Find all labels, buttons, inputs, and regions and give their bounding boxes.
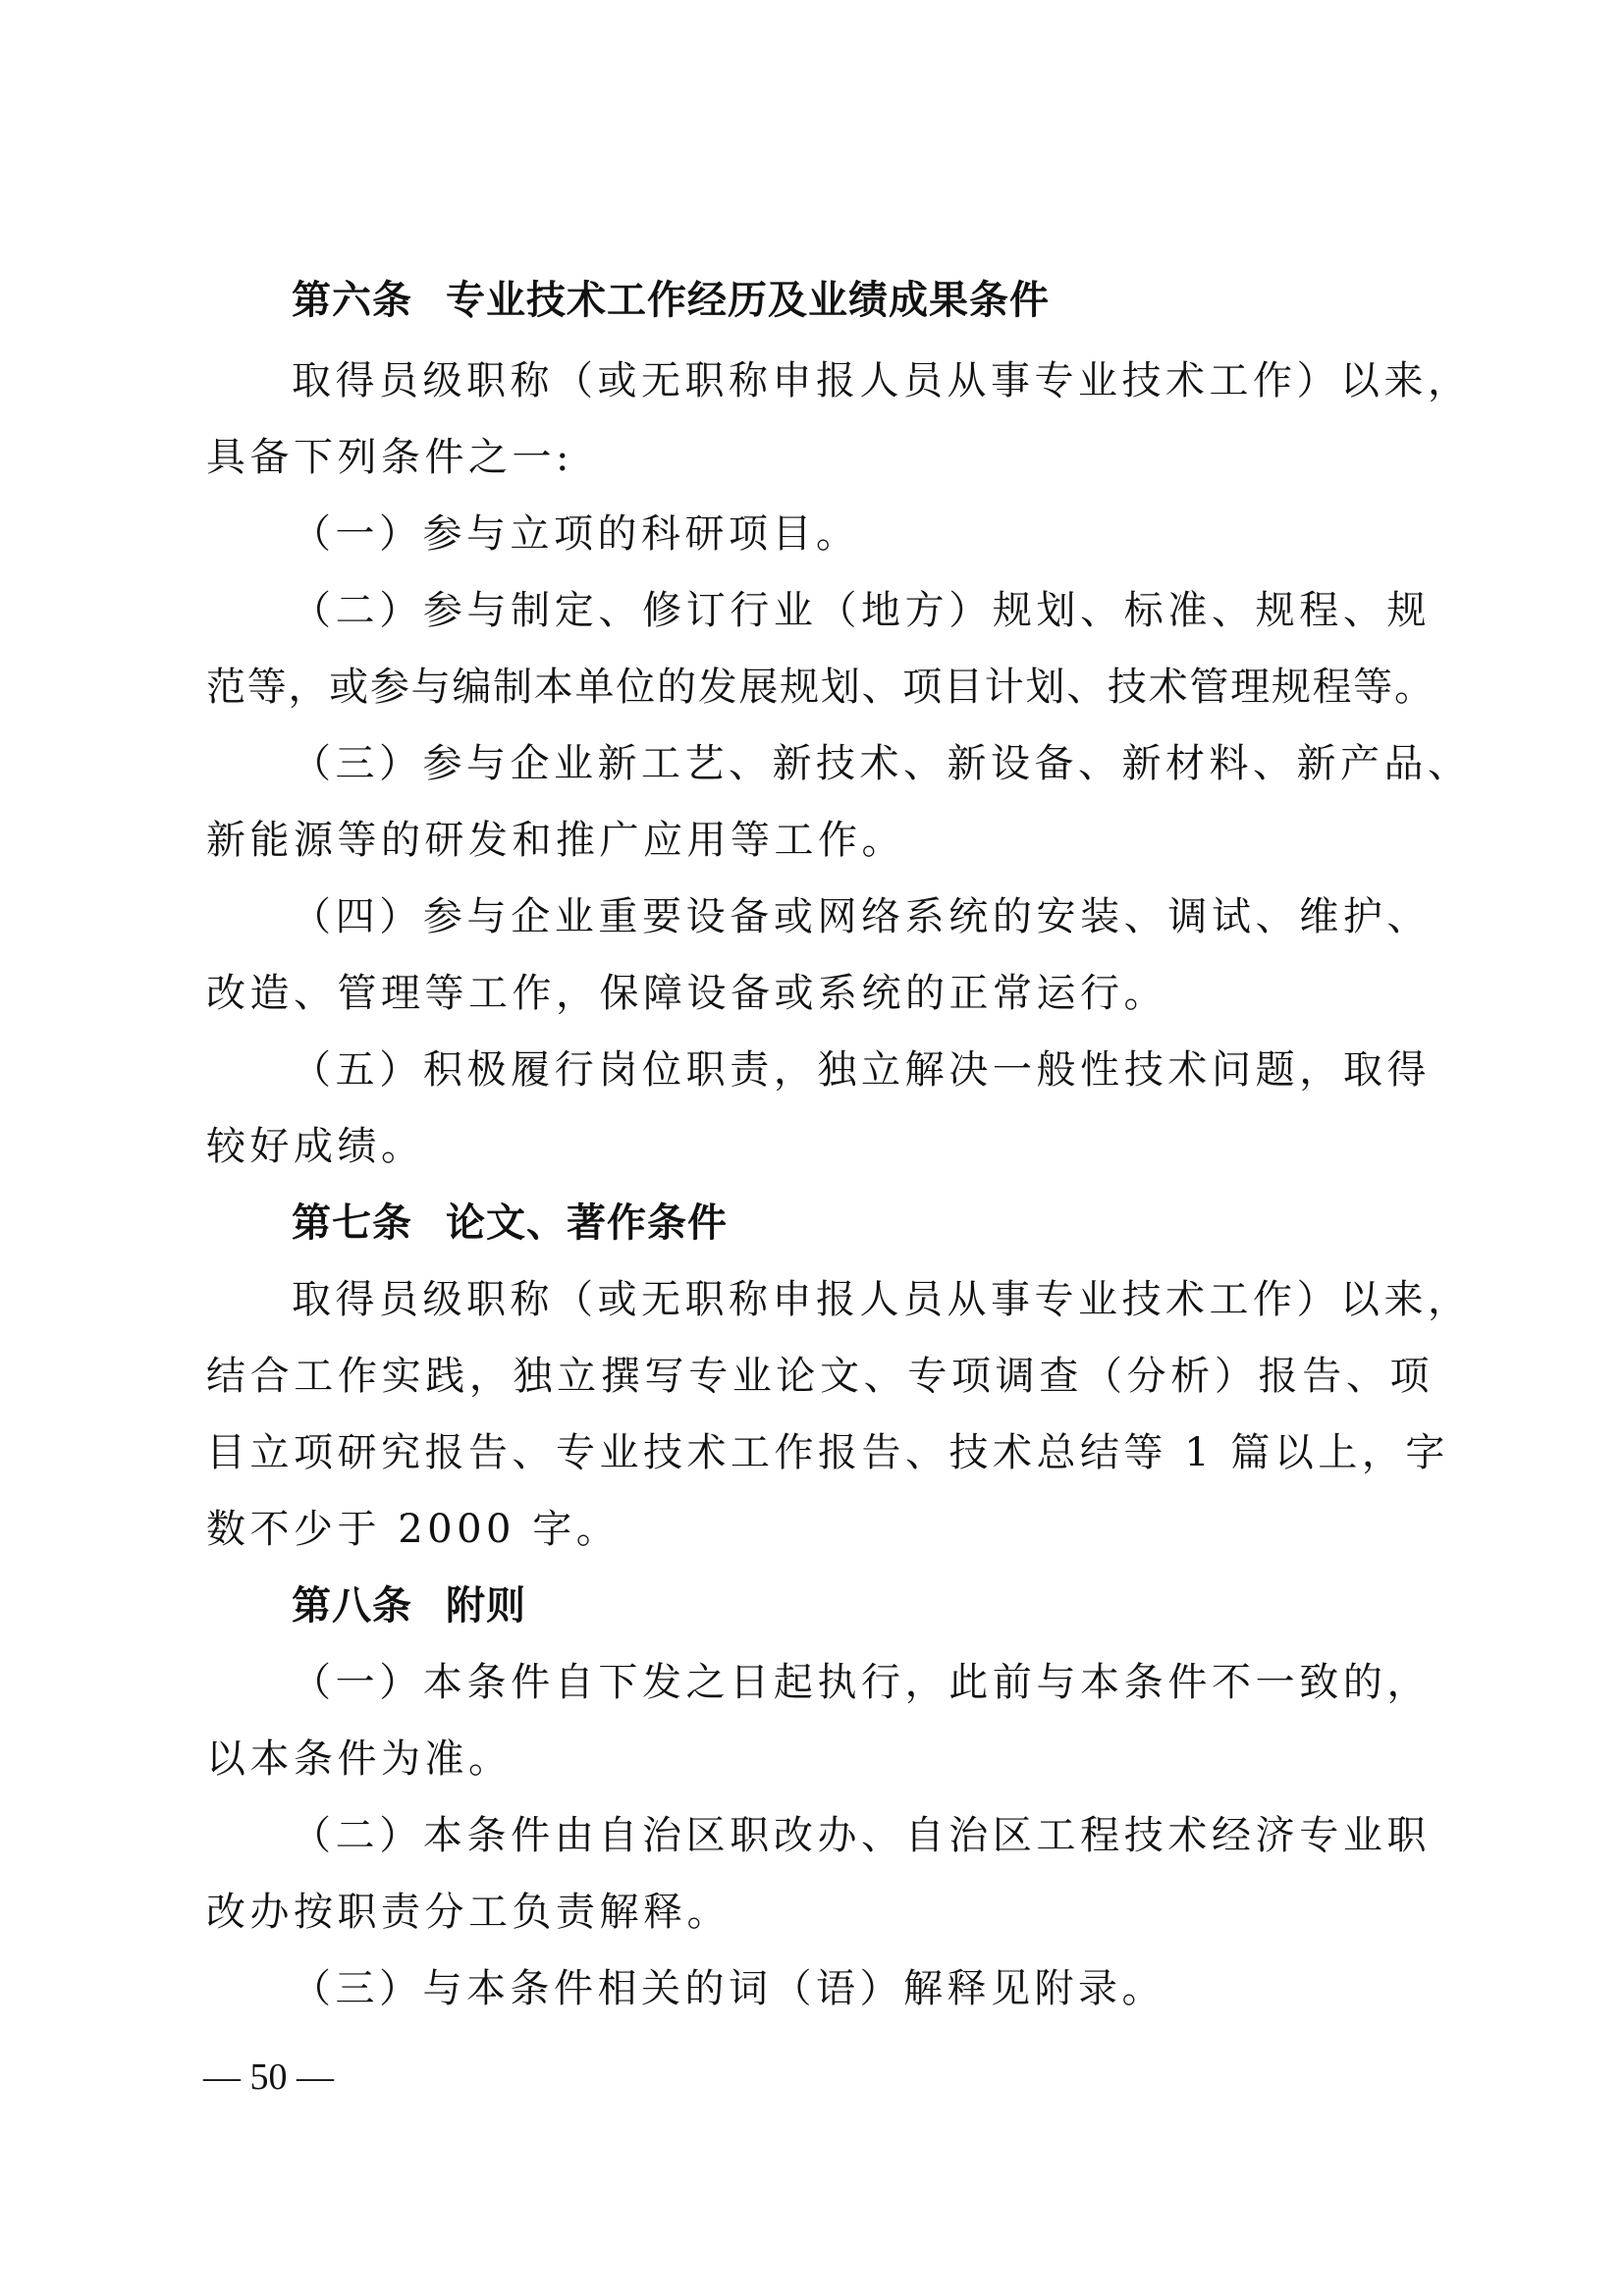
article-title: 附则 — [446, 1583, 526, 1629]
paragraph-line: 目立项研究报告、专业技术工作报告、技术总结等 1 篇以上，字 — [206, 1429, 1434, 1476]
paragraph-line: 结合工作实践，独立撰写专业论文、专项调查（分析）报告、项 — [206, 1353, 1434, 1400]
paragraph-line: 改造、管理等工作，保障设备或系统的正常运行。 — [206, 970, 1434, 1017]
document-page: 第六条专业技术工作经历及业绩成果条件 取得员级职称（或无职称申报人员从事专业技术… — [0, 0, 1624, 2296]
list-item-4: （四）参与企业重要设备或网络系统的安装、调试、维护、 — [292, 893, 1431, 940]
paragraph-line: 数不少于 2000 字。 — [206, 1506, 1434, 1553]
list-item-3: （三）与本条件相关的词（语）解释见附录。 — [292, 1965, 1431, 2012]
list-item-3: （三）参与企业新工艺、新技术、新设备、新材料、新产品、 — [292, 740, 1431, 787]
article-title: 专业技术工作经历及业绩成果条件 — [446, 278, 1050, 323]
section-heading-article-8: 第八条附则 — [292, 1582, 1431, 1629]
section-heading-article-6: 第六条专业技术工作经历及业绩成果条件 — [292, 277, 1431, 324]
list-item-1: （一）本条件自下发之日起执行，此前与本条件不一致的， — [292, 1659, 1431, 1706]
paragraph-line: 范等，或参与编制本单位的发展规划、项目计划、技术管理规程等。 — [206, 664, 1434, 711]
list-item-2: （二）本条件由自治区职改办、自治区工程技术经济专业职 — [292, 1812, 1431, 1859]
list-item-1: （一）参与立项的科研项目。 — [292, 510, 1431, 558]
article-number: 第八条 — [292, 1583, 412, 1629]
article-number: 第七条 — [292, 1201, 412, 1246]
list-item-5: （五）积极履行岗位职责，独立解决一般性技术问题，取得 — [292, 1046, 1431, 1094]
page-number: — 50 — — [203, 2054, 334, 2101]
section-heading-article-7: 第七条论文、著作条件 — [292, 1200, 1431, 1247]
list-item-2: （二）参与制定、修订行业（地方）规划、标准、规程、规 — [292, 587, 1431, 634]
paragraph-line: 取得员级职称（或无职称申报人员从事专业技术工作）以来， — [292, 357, 1431, 404]
article-title: 论文、著作条件 — [446, 1201, 728, 1246]
paragraph-line: 较好成绩。 — [206, 1123, 1434, 1170]
paragraph-line: 以本条件为准。 — [206, 1735, 1434, 1783]
article-number: 第六条 — [292, 278, 412, 323]
paragraph-line: 改办按职责分工负责解释。 — [206, 1889, 1434, 1936]
paragraph-line: 具备下列条件之一: — [206, 434, 1434, 481]
paragraph-line: 取得员级职称（或无职称申报人员从事专业技术工作）以来， — [292, 1276, 1431, 1323]
paragraph-line: 新能源等的研发和推广应用等工作。 — [206, 817, 1434, 864]
